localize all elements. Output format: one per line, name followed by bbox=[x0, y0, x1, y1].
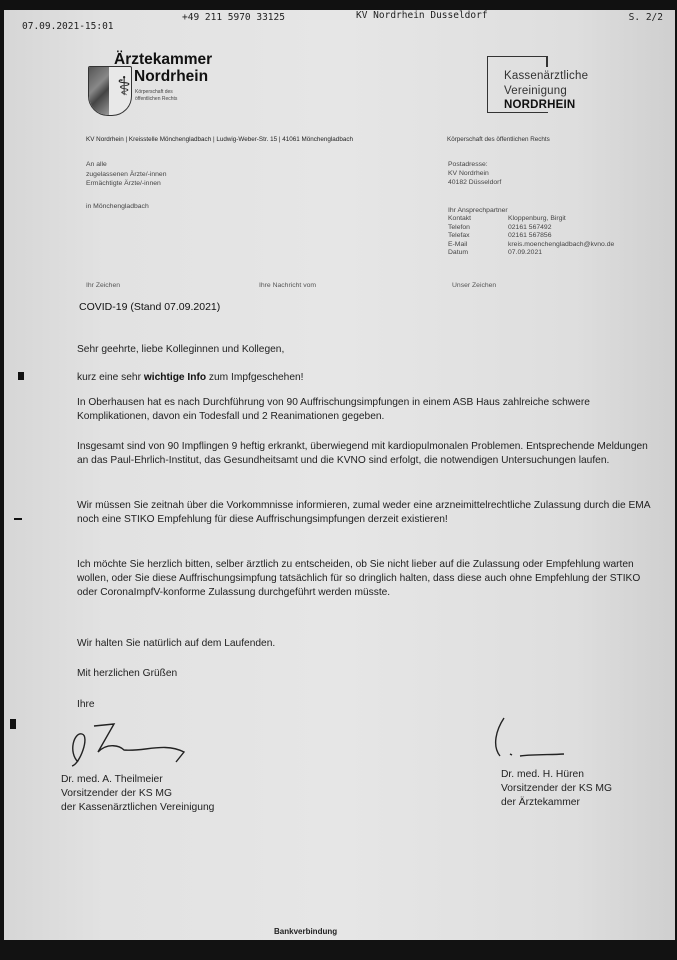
contact-key: Kontakt bbox=[448, 215, 508, 224]
ref-your-message: Ihre Nachricht vom bbox=[259, 282, 316, 289]
kv-logo-line3: NORDRHEIN bbox=[504, 99, 575, 112]
signatory-name: Dr. med. H. Hüren bbox=[501, 768, 612, 782]
contact-date: 07.09.2021 bbox=[508, 249, 614, 258]
aerztekammer-name-line2: Nordrhein bbox=[134, 69, 208, 85]
scan-bottom-edge bbox=[0, 940, 677, 960]
intro-text: kurz eine sehr bbox=[77, 372, 144, 383]
letter-paragraph: Wir müssen Sie zeitnah über die Vorkommn… bbox=[77, 499, 652, 527]
contact-value: 02161 567856 bbox=[508, 232, 614, 241]
fold-mark bbox=[14, 518, 22, 520]
fax-sender: KV Nordrhein Dusseldorf bbox=[356, 10, 488, 21]
letter-closing: Mit herzlichen Grüßen bbox=[77, 667, 652, 681]
signature-block-right: Dr. med. H. Hüren Vorsitzender der KS MG… bbox=[501, 768, 612, 810]
letter-paragraph: Insgesamt sind von 90 Impflingen 9 hefti… bbox=[77, 440, 652, 468]
signature-right-icon bbox=[490, 710, 580, 762]
signatory-role: Vorsitzender der KS MG bbox=[501, 782, 612, 796]
letter-subject: COVID-19 (Stand 07.09.2021) bbox=[79, 301, 220, 313]
addressee-block: An alle zugelassenen Ärzte/-innen Ermäch… bbox=[86, 160, 166, 189]
contact-row: Telefon02161 567492 bbox=[448, 224, 614, 233]
contact-heading: Ihr Ansprechpartner bbox=[448, 206, 614, 215]
kv-logo-line2: Vereinigung bbox=[504, 85, 567, 98]
aerztekammer-logo: ⚕ Ärztekammer Nordrhein Körperschaft des… bbox=[84, 50, 224, 120]
contact-key: Datum bbox=[448, 249, 508, 258]
footer-bank-label: Bankverbindung bbox=[274, 927, 337, 936]
contact-row: Telefax02161 567856 bbox=[448, 232, 614, 241]
addressee-line: An alle bbox=[86, 160, 166, 170]
postal-address-line: KV Nordrhein bbox=[448, 169, 501, 178]
contact-block: Ihr Ansprechpartner KontaktKloppenburg, … bbox=[448, 206, 614, 258]
corporation-note: Körperschaft des öffentlichen Rechts bbox=[447, 136, 550, 143]
signature-block-left: Dr. med. A. Theilmeier Vorsitzender der … bbox=[61, 773, 214, 815]
kv-nordrhein-logo: Kassenärztliche Vereinigung NORDRHEIN bbox=[487, 56, 647, 122]
punch-hole-mark bbox=[10, 719, 16, 729]
intro-text: zum Impfgeschehen! bbox=[206, 372, 303, 383]
signatory-name: Dr. med. A. Theilmeier bbox=[61, 773, 214, 787]
letter-greeting: Sehr geehrte, liebe Kolleginnen und Koll… bbox=[77, 343, 652, 357]
signatory-org: der Ärztekammer bbox=[501, 796, 612, 810]
contact-email: kreis.moenchengladbach@kvno.de bbox=[508, 241, 614, 250]
postal-address-line: 40182 Düsseldorf bbox=[448, 178, 501, 187]
kv-logo-line1: Kassenärztliche bbox=[504, 70, 588, 83]
fax-timestamp: 07.09.2021-15:01 bbox=[22, 21, 114, 32]
contact-value: 02161 567492 bbox=[508, 224, 614, 233]
addressee-line: Ermächtigte Ärzte/-innen bbox=[86, 179, 166, 189]
contact-row: Datum07.09.2021 bbox=[448, 249, 614, 258]
ref-your-sign: Ihr Zeichen bbox=[86, 282, 120, 289]
punch-hole-mark bbox=[18, 372, 24, 380]
contact-row: KontaktKloppenburg, Birgit bbox=[448, 215, 614, 224]
letter-intro: kurz eine sehr wichtige Info zum Impfges… bbox=[77, 371, 652, 385]
letter-page: 07.09.2021-15:01 +49 211 5970 33125 KV N… bbox=[4, 10, 675, 940]
signatory-role: Vorsitzender der KS MG bbox=[61, 787, 214, 801]
contact-key: Telefax bbox=[448, 232, 508, 241]
contact-row: E-Mailkreis.moenchengladbach@kvno.de bbox=[448, 241, 614, 250]
contact-value: Kloppenburg, Birgit bbox=[508, 215, 614, 224]
contact-table: KontaktKloppenburg, Birgit Telefon02161 … bbox=[448, 215, 614, 258]
aerztekammer-name-line1: Ärztekammer bbox=[114, 52, 212, 68]
addressee-line: zugelassenen Ärzte/-innen bbox=[86, 170, 166, 180]
fax-header: 07.09.2021-15:01 +49 211 5970 33125 KV N… bbox=[4, 10, 675, 38]
signatory-org: der Kassenärztlichen Vereinigung bbox=[61, 801, 214, 815]
postal-address-block: Postadresse: KV Nordrhein 40182 Düsseldo… bbox=[448, 160, 501, 187]
contact-key: E-Mail bbox=[448, 241, 508, 250]
intro-bold-text: wichtige Info bbox=[144, 372, 206, 383]
ref-our-sign: Unser Zeichen bbox=[452, 282, 496, 289]
aerztekammer-subtitle: Körperschaft des öffentlichen Rechts bbox=[135, 89, 195, 103]
fax-number: +49 211 5970 33125 bbox=[182, 12, 285, 23]
contact-key: Telefon bbox=[448, 224, 508, 233]
letter-paragraph: In Oberhausen hat es nach Durchführung v… bbox=[77, 396, 652, 424]
signature-left-icon bbox=[64, 712, 194, 772]
letter-paragraph: Wir halten Sie natürlich auf dem Laufend… bbox=[77, 637, 652, 651]
addressee-city: in Mönchengladbach bbox=[86, 203, 149, 210]
letter-paragraph: Ich möchte Sie herzlich bitten, selber ä… bbox=[77, 558, 652, 600]
sender-return-address: KV Nordrhein | Kreisstelle Mönchengladba… bbox=[86, 136, 353, 143]
shield-aesculapian-staff-icon: ⚕ bbox=[88, 66, 132, 116]
postal-address-label: Postadresse: bbox=[448, 160, 501, 169]
fax-page-number: S. 2/2 bbox=[629, 12, 663, 23]
